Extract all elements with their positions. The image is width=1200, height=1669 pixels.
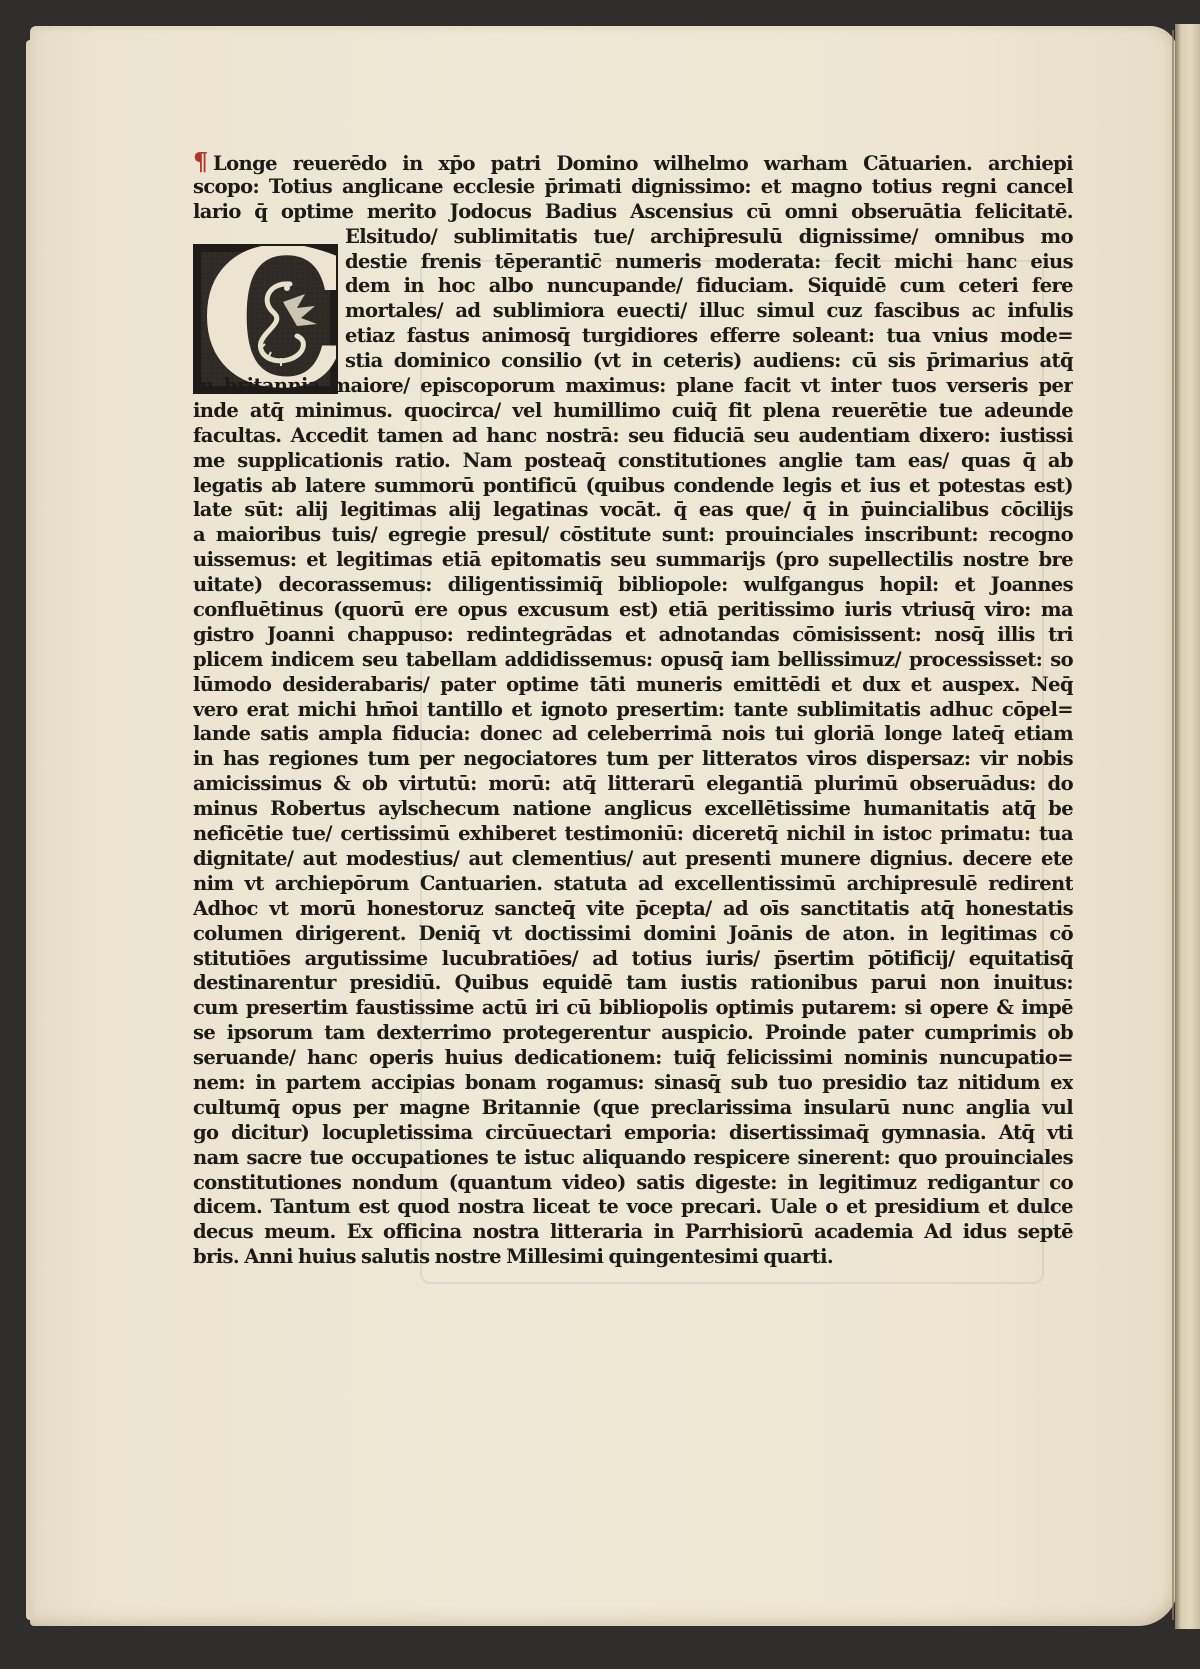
body-line: nim vt archiepōrum Cantuarien. statuta a…: [193, 872, 1073, 897]
body-line: legatis ab latere summorū pontificū (qui…: [193, 474, 1073, 499]
body-line: facultas. Accedit tamen ad hanc nostrā: …: [193, 424, 1073, 449]
body-line: columen dirigerent. Deniq̄ vt doctissimi…: [193, 922, 1073, 947]
body-line: destinarentur presidiū. Quibus equidē ta…: [193, 971, 1073, 996]
body-line: dignitate/ aut modestius/ aut clementius…: [193, 847, 1073, 872]
body-line: etiaz fastus animosq̄ turgidiores efferr…: [193, 324, 1073, 349]
body-line: dem in hoc albo nuncupande/ fiduciam. Si…: [193, 274, 1073, 299]
heading-line-3: lario q̄ optime merito Jodocus Badius As…: [193, 200, 1073, 225]
pilcrow-icon: ¶: [193, 150, 211, 175]
body-line: in britannia maiore/ episcoporum maximus…: [193, 374, 1073, 399]
body-line: decus meum. Ex officina nostra litterari…: [193, 1220, 1073, 1245]
body-line: cum presertim faustissime actū iri cū bi…: [193, 996, 1073, 1021]
body-line: Adhoc vt morū honestoruz sancteq̄ vite p…: [193, 897, 1073, 922]
body-line: mortales/ ad sublimiora euecti/ illuc si…: [193, 299, 1073, 324]
body-line: cultumq̄ opus per magne Britannie (que p…: [193, 1096, 1073, 1121]
body-line: late sūt: alij legitimas alij legatinas …: [193, 498, 1073, 523]
body-line: neficētie tue/ certissimū exhiberet test…: [193, 822, 1073, 847]
heading-line-2: scopo: Totius anglicane ecclesie p̄rimat…: [193, 175, 1073, 200]
body-line: lande satis ampla fiducia: donec ad cele…: [193, 722, 1073, 747]
closing-line: bris. Anni huius salutis nostre Millesim…: [193, 1245, 1073, 1270]
body-line: lūmodo desiderabaris/ pater optime tāti …: [193, 673, 1073, 698]
body-line: confluētinus (quorū ere opus excusum est…: [193, 598, 1073, 623]
body-line: uissemus: et legitimas etiā epitomatis s…: [193, 548, 1073, 573]
body-line: stitutiōes argutissime lucubratiōes/ ad …: [193, 947, 1073, 972]
dedication-text: ¶Longe reuerēdo in xp̄o patri Domino wil…: [193, 150, 1073, 1270]
body-line: Elsitudo/ sublimitatis tue/ archip̄resul…: [193, 225, 1073, 250]
body-line: vero erat michi hm̄oi tantillo et ignoto…: [193, 698, 1073, 723]
body-line: amicissimus & ob virtutū: morū: atq̄ lit…: [193, 772, 1073, 797]
body-line: a maioribus tuis/ egregie presul/ cōstit…: [193, 523, 1073, 548]
body-line: nam sacre tue occupationes te istuc aliq…: [193, 1146, 1073, 1171]
body-line: se ipsorum tam dexterrimo protegerentur …: [193, 1021, 1073, 1046]
body-line: me supplicationis ratio. Nam posteaq̄ co…: [193, 449, 1073, 474]
body-line: constitutiones nondum (quantum video) sa…: [193, 1171, 1073, 1196]
body-line: go dicitur) locupletissima circūuectari …: [193, 1121, 1073, 1146]
body-line: in has regiones tum per negociatores tum…: [193, 747, 1073, 772]
body-line: destie frenis tēperantic̄ numeris modera…: [193, 250, 1073, 275]
body-line: dicem. Tantum est quod nostra liceat te …: [193, 1195, 1073, 1220]
body-line: seruande/ hanc operis huius dedicationem…: [193, 1046, 1073, 1071]
page-fold-line: [1172, 30, 1174, 1620]
body-line: stia dominico consilio (vt in ceteris) a…: [193, 349, 1073, 374]
body-line: uitate) decorassemus: diligentissimiq̄ b…: [193, 573, 1073, 598]
body-line: minus Robertus aylschecum natione anglic…: [193, 797, 1073, 822]
body-line: gistro Joanni chappuso: redintegrādas et…: [193, 623, 1073, 648]
body-line: plicem indicem seu tabellam addidissemus…: [193, 648, 1073, 673]
heading-line-1: ¶Longe reuerēdo in xp̄o patri Domino wil…: [193, 150, 1073, 175]
body-line: nem: in partem accipias bonam rogamus: s…: [193, 1071, 1073, 1096]
book-gutter: [1175, 24, 1200, 1629]
body-line: inde atq̄ minimus. quocirca/ vel humilli…: [193, 399, 1073, 424]
